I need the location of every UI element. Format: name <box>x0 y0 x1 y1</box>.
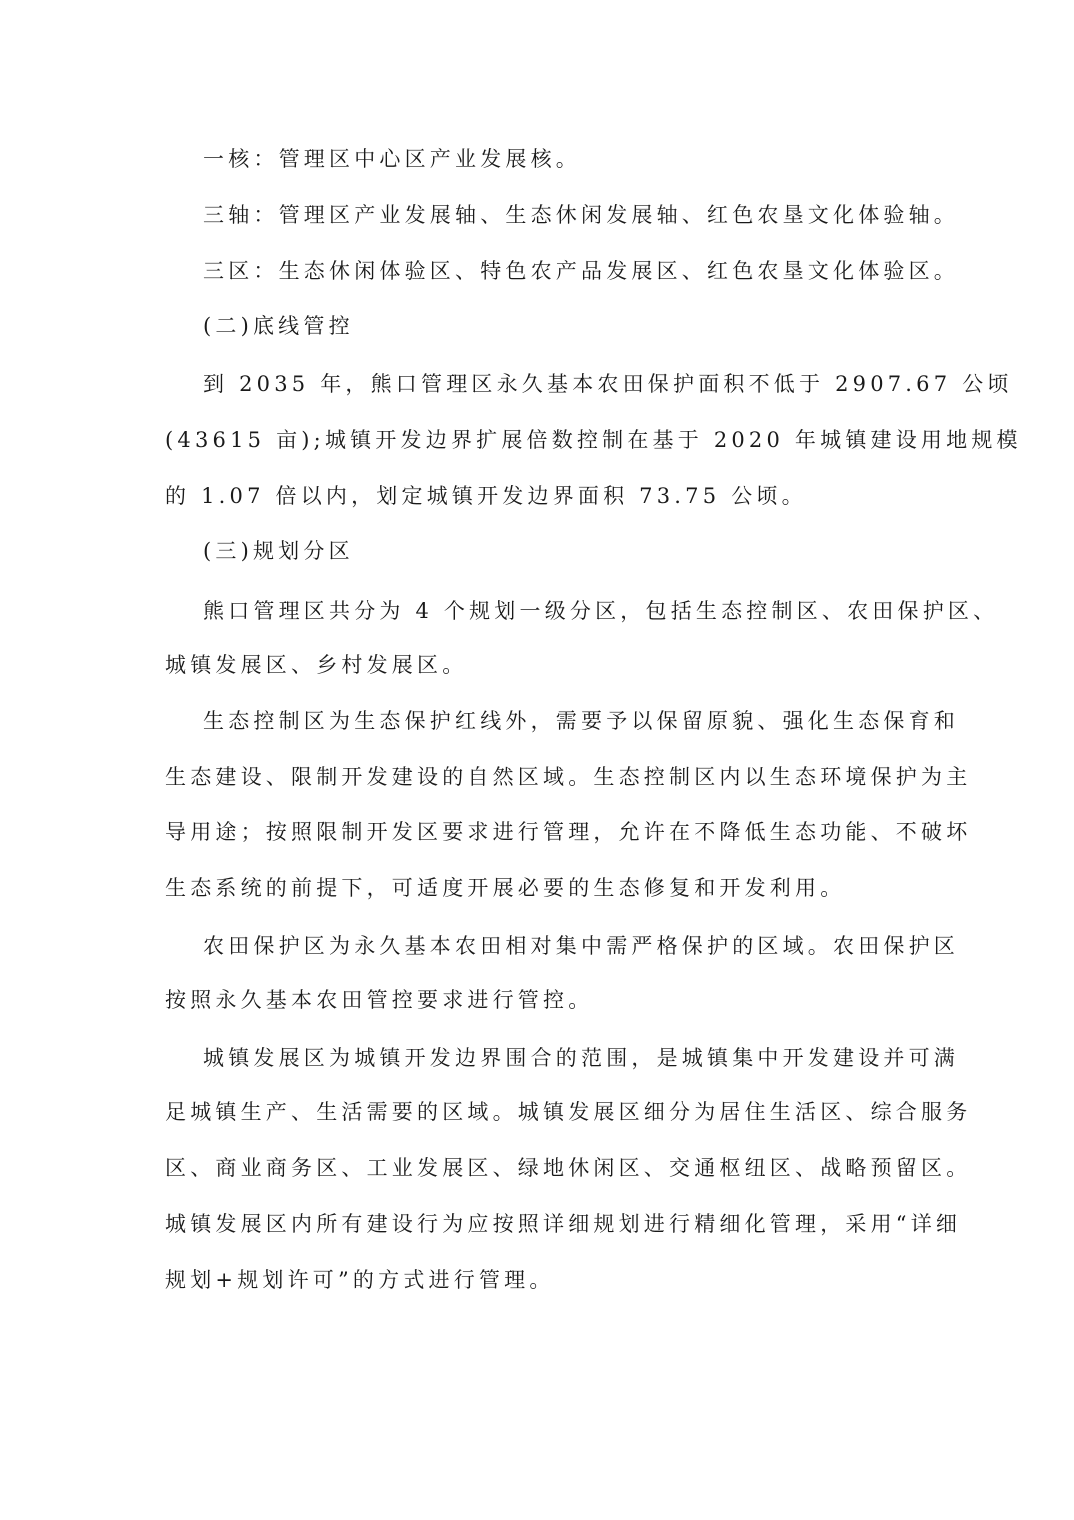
paragraph-line: 按照永久基本农田管控要求进行管控。 <box>165 985 593 1015</box>
paragraph-line: 导用途；按照限制开发区要求进行管理，允许在不降低生态功能、不破坏 <box>165 817 971 847</box>
paragraph-line: 生态建设、限制开发建设的自然区域。生态控制区内以生态环境保护为主 <box>165 762 971 792</box>
list-item-three-axes: 三轴：管理区产业发展轴、生态休闲发展轴、红色农垦文化体验轴。 <box>203 200 959 230</box>
paragraph-line: 城镇发展区内所有建设行为应按照详细规划进行精细化管理，采用“详细 <box>165 1209 961 1239</box>
paragraph-line: 到 2035 年，熊口管理区永久基本农田保护面积不低于 2907.67 公顷 <box>203 369 1013 399</box>
paragraph-line: 的 1.07 倍以内，划定城镇开发边界面积 73.75 公顷。 <box>165 481 807 511</box>
list-item-one-core: 一核：管理区中心区产业发展核。 <box>203 144 581 174</box>
paragraph-line: 城镇发展区为城镇开发边界围合的范围，是城镇集中开发建设并可满 <box>203 1043 959 1073</box>
section-heading-planning-zones: (三)规划分区 <box>203 536 354 566</box>
section-heading-bottom-line-control: (二)底线管控 <box>203 311 354 341</box>
paragraph-line: 区、商业商务区、工业发展区、绿地休闲区、交通枢纽区、战略预留区。 <box>165 1153 971 1183</box>
paragraph-line: 城镇发展区、乡村发展区。 <box>165 650 467 680</box>
paragraph-line: (43615 亩);城镇开发边界扩展倍数控制在基于 2020 年城镇建设用地规模 <box>165 425 1022 455</box>
document-page: 一核：管理区中心区产业发展核。 三轴：管理区产业发展轴、生态休闲发展轴、红色农垦… <box>0 0 1074 1520</box>
paragraph-line: 生态控制区为生态保护红线外，需要予以保留原貌、强化生态保育和 <box>203 706 959 736</box>
paragraph-line: 生态系统的前提下，可适度开展必要的生态修复和开发利用。 <box>165 873 845 903</box>
paragraph-line: 足城镇生产、生活需要的区域。城镇发展区细分为居住生活区、综合服务 <box>165 1097 971 1127</box>
paragraph-line: 农田保护区为永久基本农田相对集中需严格保护的区域。农田保护区 <box>203 931 959 961</box>
paragraph-line: 规划+规划许可”的方式进行管理。 <box>165 1265 555 1295</box>
list-item-three-zones: 三区：生态休闲体验区、特色农产品发展区、红色农垦文化体验区。 <box>203 256 959 286</box>
paragraph-line: 熊口管理区共分为 4 个规划一级分区，包括生态控制区、农田保护区、 <box>203 596 998 626</box>
